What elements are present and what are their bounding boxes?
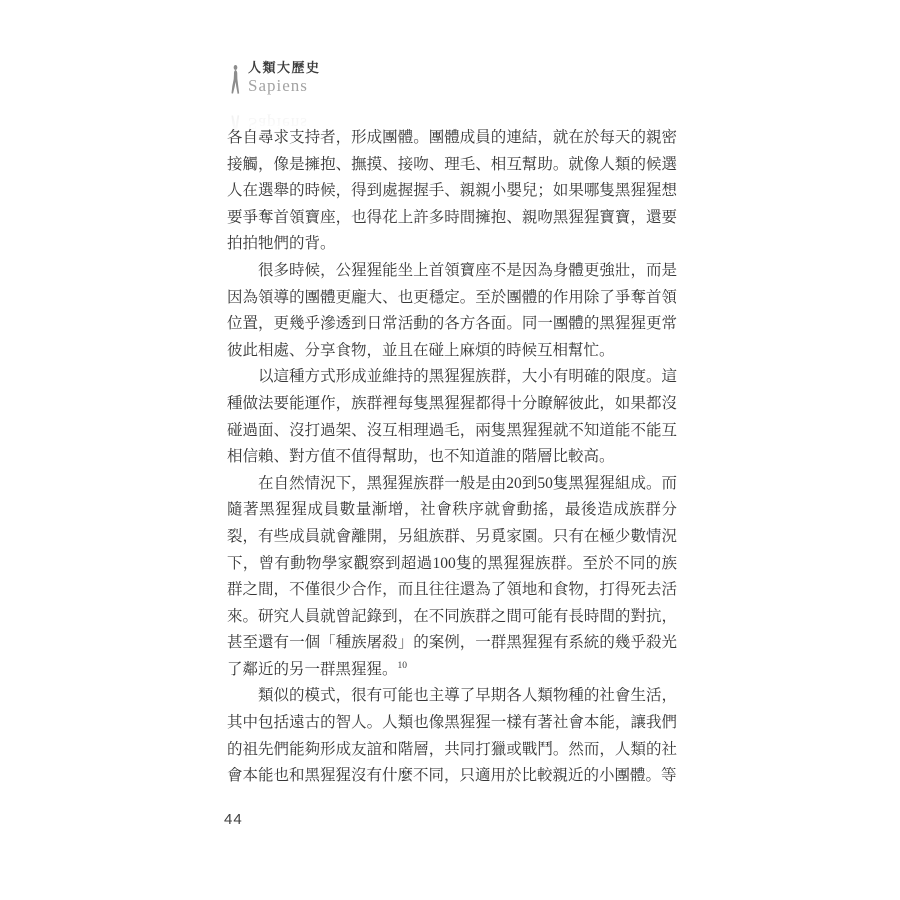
paragraph: 類似的模式，很有可能也主導了早期各人類物種的社會生活，其中包括遠古的智人。人類也… (227, 683, 677, 789)
book-page: 人類大歷史 Sapiens 人類大歷史 Sapiens 各自尋求支持者，形成團體… (0, 0, 900, 900)
paragraph: 以這種方式形成並維持的黑猩猩族群，大小有明確的限度。這種做法要能運作，族群裡每隻… (227, 364, 677, 470)
paragraph-text: 各自尋求支持者，形成團體。團體成員的連結，就在於每天的親密接觸，像是擁抱、撫摸、… (227, 129, 677, 252)
logo-main: 人類大歷史 Sapiens (229, 60, 359, 104)
body-text: 各自尋求支持者，形成團體。團體成員的連結，就在於每天的親密接觸，像是擁抱、撫摸、… (227, 125, 677, 790)
paragraph: 在自然情況下，黑猩猩族群一般是由20到50隻黑猩猩組成。而隨著黑猩猩成員數量漸增… (227, 471, 677, 684)
paragraph: 很多時候，公猩猩能坐上首領寶座不是因為身體更強壯，而是因為領導的團體更龐大、也更… (227, 258, 677, 364)
paragraph-text: 很多時候，公猩猩能坐上首領寶座不是因為身體更強壯，而是因為領導的團體更龐大、也更… (227, 262, 677, 359)
series-title-en: Sapiens (248, 76, 321, 95)
paragraph-text: 以這種方式形成並維持的黑猩猩族群，大小有明確的限度。這種做法要能運作，族群裡每隻… (227, 368, 677, 465)
page-number: 44 (224, 811, 243, 828)
paragraph-text: 類似的模式，很有可能也主導了早期各人類物種的社會生活，其中包括遠古的智人。人類也… (227, 687, 677, 784)
walking-person-icon (229, 60, 242, 104)
paragraph: 各自尋求支持者，形成團體。團體成員的連結，就在於每天的親密接觸，像是擁抱、撫摸、… (227, 125, 677, 258)
series-title-zh: 人類大歷史 (248, 60, 321, 76)
footnote-marker: 10 (398, 661, 408, 671)
paragraph-text: 在自然情況下，黑猩猩族群一般是由20到50隻黑猩猩組成。而隨著黑猩猩成員數量漸增… (227, 475, 677, 678)
